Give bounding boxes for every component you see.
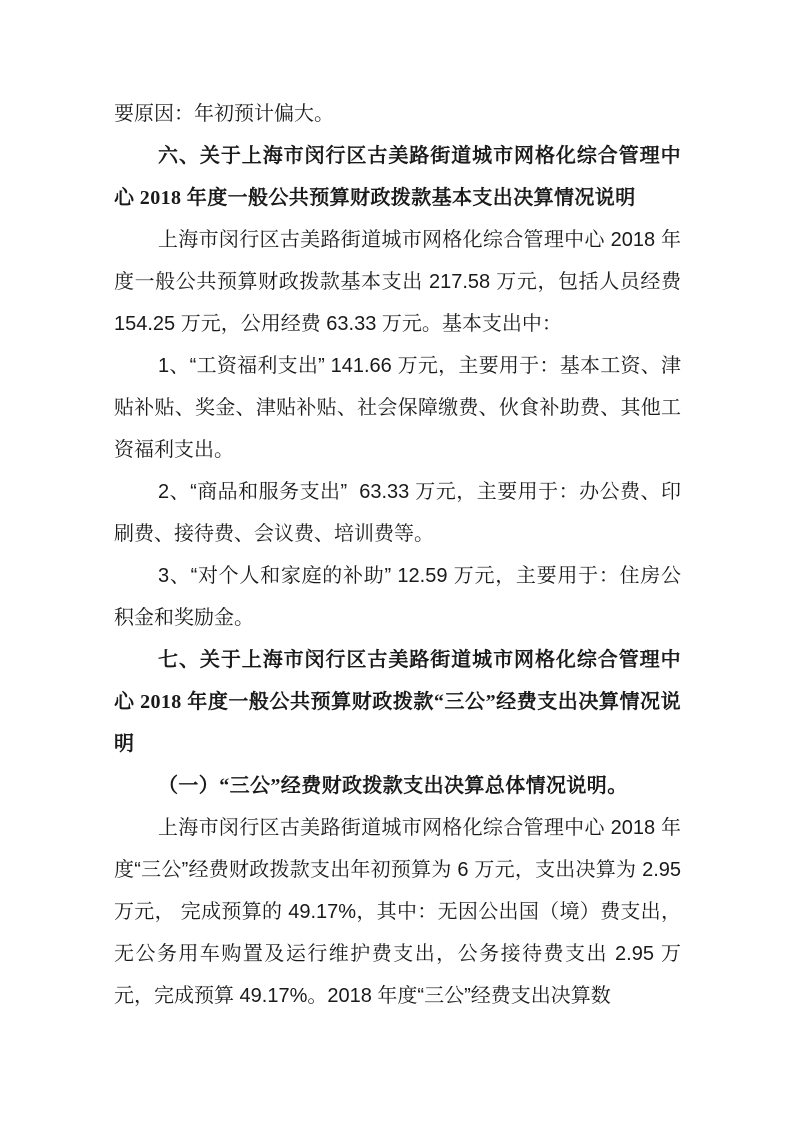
paragraph-item-1-salary-welfare: 1、“工资福利支出” 141.66 万元，主要用于：基本工资、津贴补贴、奖金、津…	[114, 345, 681, 471]
heading-section-six-basic-expenditure: 六、关于上海市闵行区古美路街道城市网格化综合管理中心 2018 年度一般公共预算…	[114, 135, 681, 219]
paragraph-item-3-individual-family-subsidy: 3、“对个人和家庭的补助” 12.59 万元，主要用于：住房公积金和奖励金。	[114, 555, 681, 639]
heading-section-seven-three-public-funds: 七、关于上海市闵行区古美路街道城市网格化综合管理中心 2018 年度一般公共预算…	[114, 639, 681, 765]
paragraph-item-2-goods-services: 2、“商品和服务支出” 63.33 万元，主要用于：办公费、印刷费、接待费、会议…	[114, 471, 681, 555]
paragraph-three-public-funds-detail: 上海市闵行区古美路街道城市网格化综合管理中心 2018 年度“三公”经费财政拨款…	[114, 807, 681, 1017]
paragraph-basic-expenditure-total: 上海市闵行区古美路街道城市网格化综合管理中心 2018 年度一般公共预算财政拨款…	[114, 219, 681, 345]
paragraph-continuation-reason: 要原因：年初预计偏大。	[114, 93, 681, 135]
document-body: 要原因：年初预计偏大。 六、关于上海市闵行区古美路街道城市网格化综合管理中心 2…	[114, 93, 681, 1017]
document-page: 要原因：年初预计偏大。 六、关于上海市闵行区古美路街道城市网格化综合管理中心 2…	[0, 0, 793, 1122]
heading-subsection-one-overall-statement: （一）“三公”经费财政拨款支出决算总体情况说明。	[114, 765, 681, 807]
